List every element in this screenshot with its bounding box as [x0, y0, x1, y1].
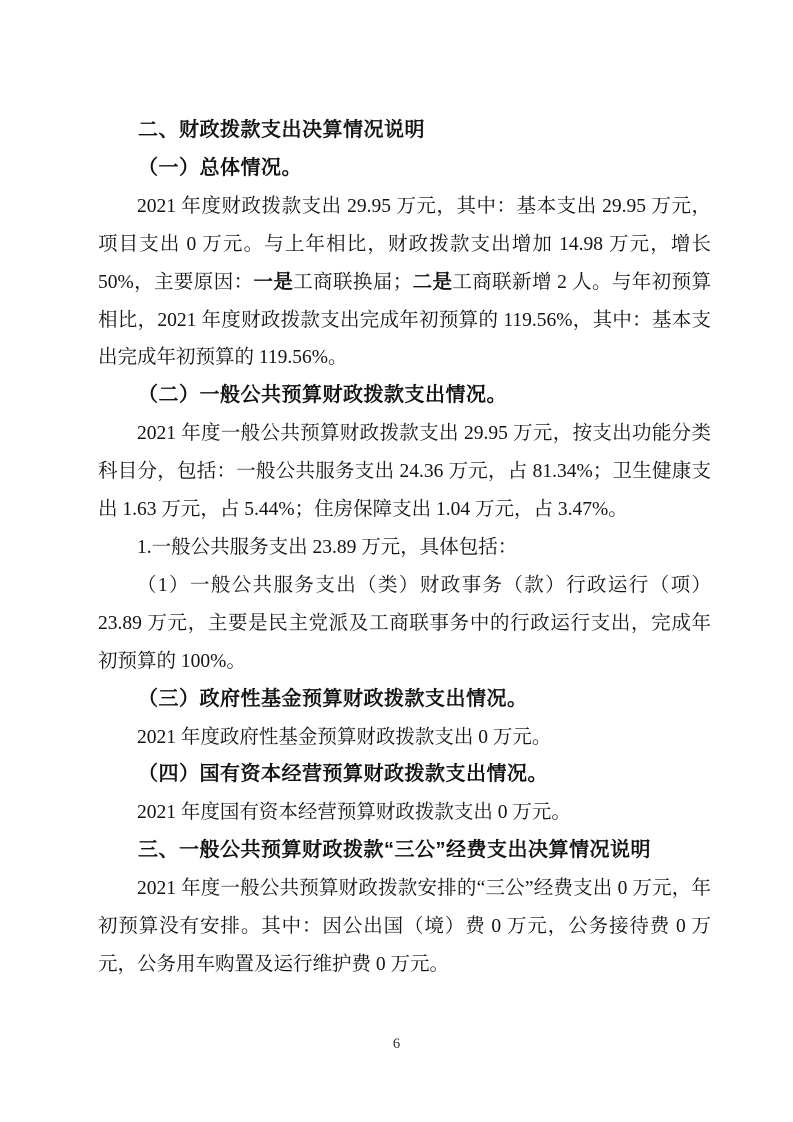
text-run: （四）国有资本经营预算财政拨款支出情况。 [138, 763, 548, 785]
text-run: （二）一般公共预算财政拨款支出情况。 [138, 384, 507, 406]
emphasis-text: 一是 [253, 271, 293, 293]
document-content: 二、财政拨款支出决算情况说明（一）总体情况。2021 年度财政拨款支出 29.9… [98, 112, 711, 984]
text-run: 2021 年度一般公共预算财政拨款安排的“三公”经费支出 0 万元，年初预算没有… [98, 878, 711, 975]
paragraph: 2021 年度政府性基金预算财政拨款支出 0 万元。 [98, 719, 711, 757]
text-run: 2021 年度政府性基金预算财政拨款支出 0 万元。 [137, 727, 551, 748]
paragraph: 2021 年度国有资本经营预算财政拨款支出 0 万元。 [98, 794, 711, 832]
section-heading: 三、一般公共预算财政拨款“三公”经费支出决算情况说明 [98, 832, 711, 870]
section-heading: （二）一般公共预算财政拨款支出情况。 [98, 377, 711, 415]
text-run: （三）政府性基金预算财政拨款支出情况。 [138, 688, 528, 710]
paragraph: 2021 年度一般公共预算财政拨款安排的“三公”经费支出 0 万元，年初预算没有… [98, 870, 711, 984]
page-number: 6 [393, 1036, 400, 1052]
text-run: 二、财政拨款支出决算情况说明 [138, 119, 425, 141]
emphasis-text: 二是 [412, 271, 452, 293]
section-heading: （四）国有资本经营预算财政拨款支出情况。 [98, 756, 711, 794]
text-run: （一）总体情况。 [138, 157, 302, 179]
section-heading: （一）总体情况。 [98, 150, 711, 188]
text-run: 三、一般公共预算财政拨款“三公”经费支出决算情况说明 [138, 839, 651, 861]
text-run: 1.一般公共服务支出 23.89 万元，具体包括： [137, 537, 517, 558]
text-run: （1）一般公共服务支出（类）财政事务（款）行政运行（项）23.89 万元，主要是… [98, 575, 711, 672]
document-page: 二、财政拨款支出决算情况说明（一）总体情况。2021 年度财政拨款支出 29.9… [0, 0, 793, 1122]
text-run: 2021 年度一般公共预算财政拨款支出 29.95 万元，按支出功能分类科目分，… [98, 423, 711, 520]
paragraph: 2021 年度一般公共预算财政拨款支出 29.95 万元，按支出功能分类科目分，… [98, 415, 711, 529]
paragraph: （1）一般公共服务支出（类）财政事务（款）行政运行（项）23.89 万元，主要是… [98, 567, 711, 681]
page-footer: 6 [0, 1036, 793, 1053]
paragraph: 1.一般公共服务支出 23.89 万元，具体包括： [98, 529, 711, 567]
text-run: 工商联换届； [293, 272, 412, 293]
text-run: 2021 年度国有资本经营预算财政拨款支出 0 万元。 [137, 802, 571, 823]
paragraph: 2021 年度财政拨款支出 29.95 万元，其中：基本支出 29.95 万元，… [98, 188, 711, 378]
section-heading: （三）政府性基金预算财政拨款支出情况。 [98, 681, 711, 719]
section-heading: 二、财政拨款支出决算情况说明 [98, 112, 711, 150]
